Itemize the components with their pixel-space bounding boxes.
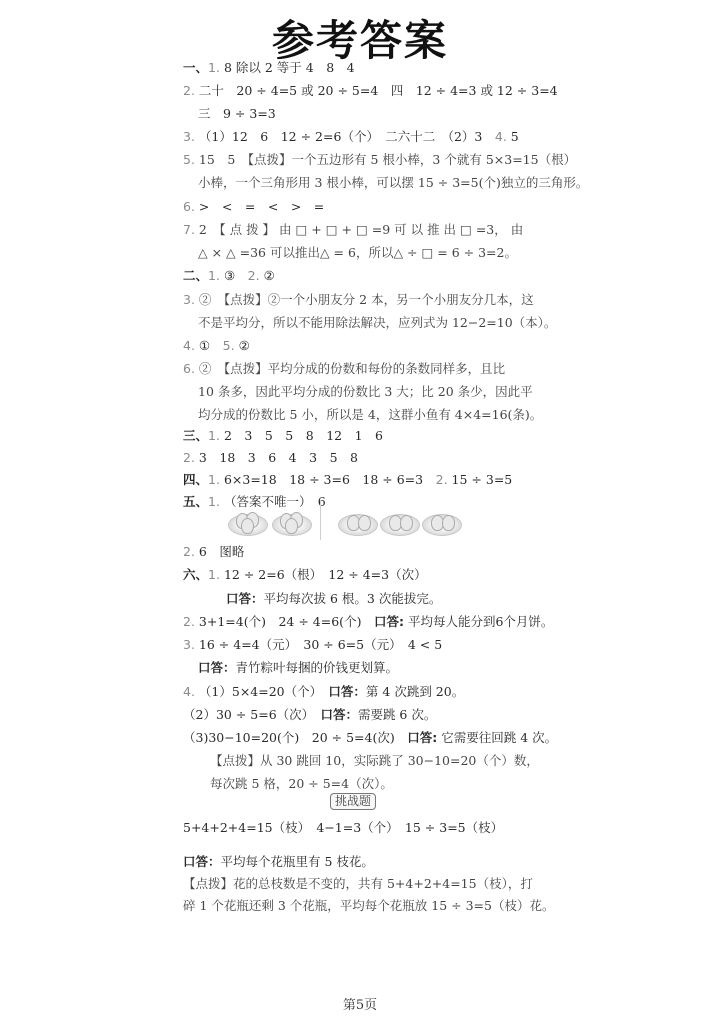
answer-line: 5+4+2+4=15（枝） 4−1=3（个） 15 ÷ 3=5（枝） [183, 820, 503, 836]
answer-line: （3)30−10=20(个) 20 ÷ 5=4(次) 口答: 它需要往回跳 4 … [183, 730, 557, 746]
answer-text: 12 ÷ 2=6（根） 12 ÷ 4=3（次） [224, 567, 427, 582]
answer-text: （1）12 6 12 ÷ 2=6（个） 二六十二 （2）3 [199, 129, 482, 144]
question-number: 6. [183, 361, 195, 376]
answer-text: 平均每人能分到6个月饼。 [408, 614, 553, 629]
oral-answer-label: 口答： [320, 707, 358, 722]
oral-answer-label: 口答： [226, 591, 264, 606]
question-number: 1. [208, 428, 220, 443]
hint-text: 10 条多，因此平均分成的份数比 3 大；比 20 条少，因此平 [198, 384, 533, 399]
answer-line: 10 条多，因此平均分成的份数比 3 大；比 20 条少，因此平 [198, 384, 533, 400]
hint-text: 小棒，一个三角形用 3 根小棒，可以摆 15 ÷ 3=5(个)独立的三角形。 [198, 175, 588, 190]
answer-text: 需要跳 6 次。 [358, 707, 436, 722]
answer-text: 它需要往回跳 4 次。 [441, 730, 557, 745]
challenge-badge: 挑战题 [330, 793, 376, 810]
answer-line: 每次跳 5 格，20 ÷ 5=4（次）。 [210, 776, 393, 792]
answer-line: 2. 3+1=4(个) 24 ÷ 4=6(个) 口答: 平均每人能分到6个月饼。 [183, 614, 553, 630]
question-number: 3. [183, 637, 195, 652]
answer-line: 三 9 ÷ 3=3 [198, 106, 276, 122]
question-number: 1. [208, 494, 220, 509]
question-number: 5. [183, 152, 195, 167]
answer-line: 6. > < = < > = [183, 199, 324, 215]
answer-text: 5+4+2+4=15（枝） 4−1=3（个） 15 ÷ 3=5（枝） [183, 820, 503, 835]
question-number: 2. [183, 614, 195, 629]
oral-answer-label: 口答： [328, 684, 366, 699]
answer-text: 第 4 次跳到 20。 [366, 684, 464, 699]
hint-text: △ × △ =36 可以推出△ = 6，所以△ ÷ □ = 6 ÷ 3=2。 [198, 245, 517, 260]
pear-plate-icon [422, 514, 462, 536]
answer-line: 三、1. 2 3 5 5 8 12 1 6 [183, 428, 383, 444]
answer-text: 平均每次拔 6 根。3 次能拔完。 [264, 591, 442, 606]
question-number: 2. [183, 450, 195, 465]
question-number: 2. [183, 544, 195, 559]
page-number: 第5页 [0, 994, 720, 1013]
answer-line: 3. ② 【点拨】②一个小朋友分 2 本，另一个小朋友分几本，这 [183, 292, 534, 308]
answer-text: 8 除以 2 等于 4 8 4 [224, 60, 355, 75]
oral-answer-label: 口答: [374, 614, 404, 629]
hint-text: 均分成的份数比 5 小，所以是 4，这群小鱼有 4×4=16(条)。 [198, 407, 542, 422]
answer-line: 六、1. 12 ÷ 2=6（根） 12 ÷ 4=3（次） [183, 567, 427, 583]
hint-text: ② 【点拨】平均分成的份数和每份的条数同样多，且比 [199, 361, 505, 376]
hint-text: 15 5 【点拨】一个五边形有 5 根小棒，3 个就有 5×3=15（根） [199, 152, 576, 167]
question-number: 5. [223, 338, 235, 353]
answer-line: 五、1. （答案不唯一） 6 [183, 494, 326, 510]
pear-plate-icon [338, 514, 378, 536]
pear-plate-icon [380, 514, 420, 536]
pear-plates-figure [228, 510, 458, 540]
answer-text: （1）5×4=20（个） [199, 684, 316, 699]
answer-text: 16 ÷ 4=4（元） 30 ÷ 6=5（元） 4 < 5 [199, 637, 442, 652]
answer-line: 2. 6 图略 [183, 544, 244, 560]
answer-text: 3 18 3 6 4 3 5 8 [199, 450, 358, 465]
answer-line: 4. ① 5. ② [183, 338, 250, 354]
section-label: 三、 [183, 428, 208, 443]
answer-line: （2）30 ÷ 5=6（次） 口答：需要跳 6 次。 [183, 707, 436, 723]
question-number: 4. [183, 684, 195, 699]
oral-answer-label: 口答： [183, 854, 221, 869]
answer-text: 6×3=18 18 ÷ 3=6 18 ÷ 6=3 [224, 472, 423, 487]
answer-line: 5. 15 5 【点拨】一个五边形有 5 根小棒，3 个就有 5×3=15（根） [183, 152, 576, 168]
hint-text: 每次跳 5 格，20 ÷ 5=4（次）。 [210, 776, 393, 791]
question-number: 3. [183, 292, 195, 307]
question-number: 3. [183, 129, 195, 144]
section-label: 一、 [183, 60, 208, 75]
answer-line: 7. 2 【 点 拨 】 由 □ + □ + □ =9 可 以 推 出 □ =3… [183, 222, 523, 238]
section-label: 二、 [183, 268, 208, 283]
question-number: 1. [208, 472, 220, 487]
answer-text: （3)30−10=20(个) 20 ÷ 5=4(次) [183, 730, 395, 745]
answer-line: 口答：平均每个花瓶里有 5 枝花。 [183, 854, 374, 870]
answer-line: 3. 16 ÷ 4=4（元） 30 ÷ 6=5（元） 4 < 5 [183, 637, 442, 653]
oral-answer-label: 口答： [198, 660, 236, 675]
hint-text: 2 【 点 拨 】 由 □ + □ + □ =9 可 以 推 出 □ =3， 由 [199, 222, 523, 237]
question-number: 2. [436, 472, 448, 487]
answer-line: 2. 二十 20 ÷ 4=5 或 20 ÷ 5=4 四 12 ÷ 4=3 或 1… [183, 83, 558, 99]
answer-text: 三 9 ÷ 3=3 [198, 106, 276, 121]
answer-line: 口答：青竹粽叶每捆的价钱更划算。 [198, 660, 398, 676]
hint-text: 【点拨】从 30 跳回 10，实际跳了 30−10=20（个）数， [210, 753, 539, 768]
answer-text: 3+1=4(个) 24 ÷ 4=6(个) [199, 614, 362, 629]
question-number: 2. [248, 268, 260, 283]
answer-line: 一、1. 8 除以 2 等于 4 8 4 [183, 60, 355, 76]
answer-text: （2）30 ÷ 5=6（次） [183, 707, 308, 722]
figure-divider [320, 500, 321, 540]
answer-text: （答案不唯一） 6 [224, 494, 326, 509]
answer-line: 不是平均分，所以不能用除法解决，应列式为 12−2=10（本）。 [198, 315, 556, 331]
question-number: 1. [208, 567, 220, 582]
section-label: 四、 [183, 472, 208, 487]
answer-text: 5 [511, 129, 519, 144]
answer-line: 2. 3 18 3 6 4 3 5 8 [183, 450, 358, 466]
answer-text: ② [264, 268, 275, 283]
answer-text: 青竹粽叶每捆的价钱更划算。 [236, 660, 399, 675]
answer-line: 四、1. 6×3=18 18 ÷ 3=6 18 ÷ 6=3 2. 15 ÷ 3=… [183, 472, 512, 488]
answer-text: ③ [224, 268, 235, 283]
answer-line: 均分成的份数比 5 小，所以是 4，这群小鱼有 4×4=16(条)。 [198, 407, 542, 423]
question-number: 4. [183, 338, 195, 353]
answer-line: 碎 1 个花瓶还剩 3 个花瓶，平均每个花瓶放 15 ÷ 3=5（枝）花。 [183, 898, 554, 914]
answer-line: △ × △ =36 可以推出△ = 6，所以△ ÷ □ = 6 ÷ 3=2。 [198, 245, 517, 261]
question-number: 6. [183, 199, 195, 214]
answer-line: 【点拨】花的总枝数是不变的，共有 5+4+2+4=15（枝），打 [183, 876, 533, 892]
section-label: 五、 [183, 494, 208, 509]
question-number: 4. [495, 129, 507, 144]
pear-plate-icon [272, 514, 312, 536]
answer-text: 二十 20 ÷ 4=5 或 20 ÷ 5=4 四 12 ÷ 4=3 或 12 ÷… [199, 83, 558, 98]
question-number: 1. [208, 268, 220, 283]
hint-text: 碎 1 个花瓶还剩 3 个花瓶，平均每个花瓶放 15 ÷ 3=5（枝）花。 [183, 898, 554, 913]
question-number: 1. [208, 60, 220, 75]
pear-plate-icon [228, 514, 268, 536]
answer-line: 【点拨】从 30 跳回 10，实际跳了 30−10=20（个）数， [210, 753, 539, 769]
answer-line: 二、1. ③ 2. ② [183, 268, 275, 284]
answer-text: 平均每个花瓶里有 5 枝花。 [221, 854, 374, 869]
answer-line: 3. （1）12 6 12 ÷ 2=6（个） 二六十二 （2）3 4. 5 [183, 129, 519, 145]
answer-line: 6. ② 【点拨】平均分成的份数和每份的条数同样多，且比 [183, 361, 505, 377]
oral-answer-label: 口答: [407, 730, 437, 745]
answer-text: > < = < > = [199, 199, 324, 214]
answer-text: 15 ÷ 3=5 [452, 472, 513, 487]
answer-text: 6 图略 [199, 544, 244, 559]
answer-line: 小棒，一个三角形用 3 根小棒，可以摆 15 ÷ 3=5(个)独立的三角形。 [198, 175, 588, 191]
answer-text: ① [199, 338, 210, 353]
page-title: 参考答案 [0, 8, 720, 68]
answer-line: 4. （1）5×4=20（个） 口答：第 4 次跳到 20。 [183, 684, 464, 700]
hint-text: 不是平均分，所以不能用除法解决，应列式为 12−2=10（本）。 [198, 315, 556, 330]
answer-line: 口答：平均每次拔 6 根。3 次能拔完。 [226, 591, 441, 607]
answer-text: ② [239, 338, 250, 353]
hint-text: ② 【点拨】②一个小朋友分 2 本，另一个小朋友分几本，这 [199, 292, 534, 307]
question-number: 7. [183, 222, 195, 237]
question-number: 2. [183, 83, 195, 98]
hint-text: 【点拨】花的总枝数是不变的，共有 5+4+2+4=15（枝），打 [183, 876, 533, 891]
answer-text: 2 3 5 5 8 12 1 6 [224, 428, 383, 443]
section-label: 六、 [183, 567, 208, 582]
